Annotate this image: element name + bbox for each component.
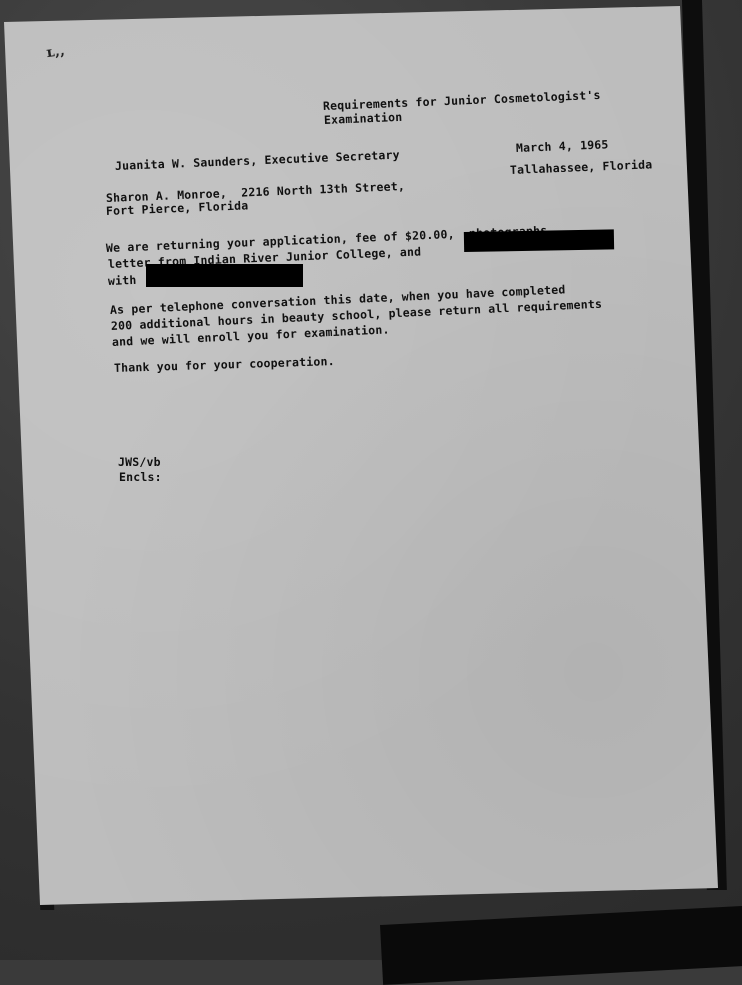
subject-line-2: Examination xyxy=(324,111,403,127)
letter-date: March 4, 1965 xyxy=(516,138,609,155)
redaction-box-1 xyxy=(464,229,614,252)
subject-line-1: Requirements for Junior Cosmetologist's xyxy=(323,89,601,113)
reference-initials: JWS/vb xyxy=(118,456,161,469)
paragraph-1-line-3: with xyxy=(108,274,137,288)
redaction-box-2 xyxy=(146,264,303,287)
enclosure-note: Encls: xyxy=(119,471,162,484)
sender-location: Tallahassee, Florida xyxy=(510,158,653,177)
closing-line: Thank you for your cooperation. xyxy=(114,355,335,375)
sender-line: Juanita W. Saunders, Executive Secretary xyxy=(115,149,400,173)
letter-content: ʟ,, Requirements for Junior Cosmetologis… xyxy=(0,0,742,960)
handwritten-mark: ʟ,, xyxy=(45,45,66,61)
